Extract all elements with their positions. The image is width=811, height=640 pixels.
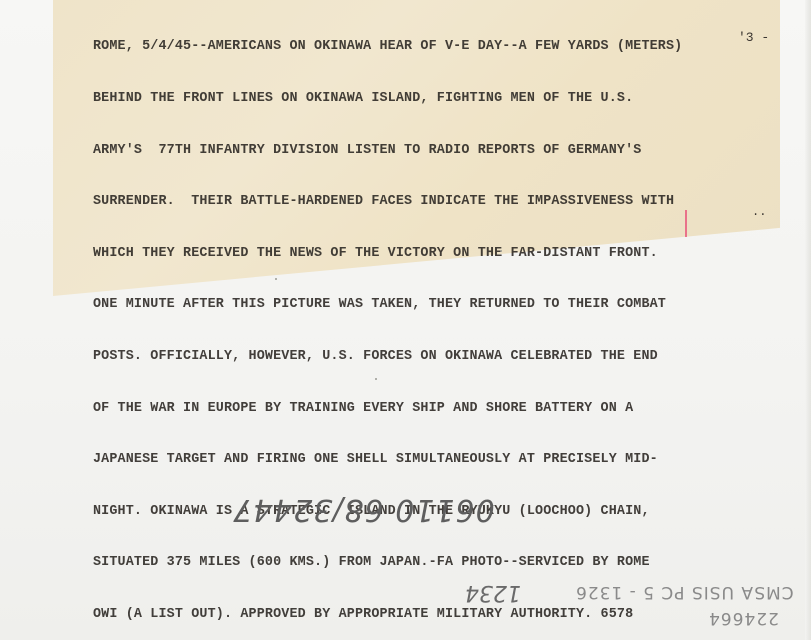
paper-speck <box>500 250 502 252</box>
caption-line: BEHIND THE FRONT LINES ON OKINAWA ISLAND… <box>93 90 773 107</box>
caption-text: ROME, 5/4/45--AMERICANS ON OKINAWA HEAR … <box>93 4 773 640</box>
margin-mark: '3 - <box>738 30 769 45</box>
caption-line: ARMY'S 77TH INFANTRY DIVISION LISTEN TO … <box>93 142 773 159</box>
caption-line: OF THE WAR IN EUROPE BY TRAINING EVERY S… <box>93 400 773 417</box>
handwritten-archive-id: 224664 <box>708 608 779 628</box>
caption-line: SURRENDER. THEIR BATTLE-HARDENED FACES I… <box>93 193 773 210</box>
paper-speck <box>275 278 277 280</box>
caption-line: ROME, 5/4/45--AMERICANS ON OKINAWA HEAR … <box>93 38 773 55</box>
caption-line: OWI (A LIST OUT). APPROVED BY APPROPRIAT… <box>93 606 773 623</box>
handwritten-archive-code: CMSA USIS PC 5 - 1326 <box>575 582 794 602</box>
caption-line: ONE MINUTE AFTER THIS PICTURE WAS TAKEN,… <box>93 296 773 313</box>
paper-speck <box>375 378 377 380</box>
dot-mark: .. <box>752 205 766 219</box>
caption-line: JAPANESE TARGET AND FIRING ONE SHELL SIM… <box>93 451 773 468</box>
red-pencil-mark <box>685 210 687 237</box>
caption-line: POSTS. OFFICIALLY, HOWEVER, U.S. FORCES … <box>93 348 773 365</box>
handwritten-reference: 06110 68/32447 <box>232 492 495 527</box>
photo-edge <box>805 0 811 640</box>
caption-line: WHICH THEY RECEIVED THE NEWS OF THE VICT… <box>93 245 773 262</box>
caption-line: SITUATED 375 MILES (600 KMS.) FROM JAPAN… <box>93 554 773 571</box>
handwritten-number: 1234 <box>465 580 521 605</box>
